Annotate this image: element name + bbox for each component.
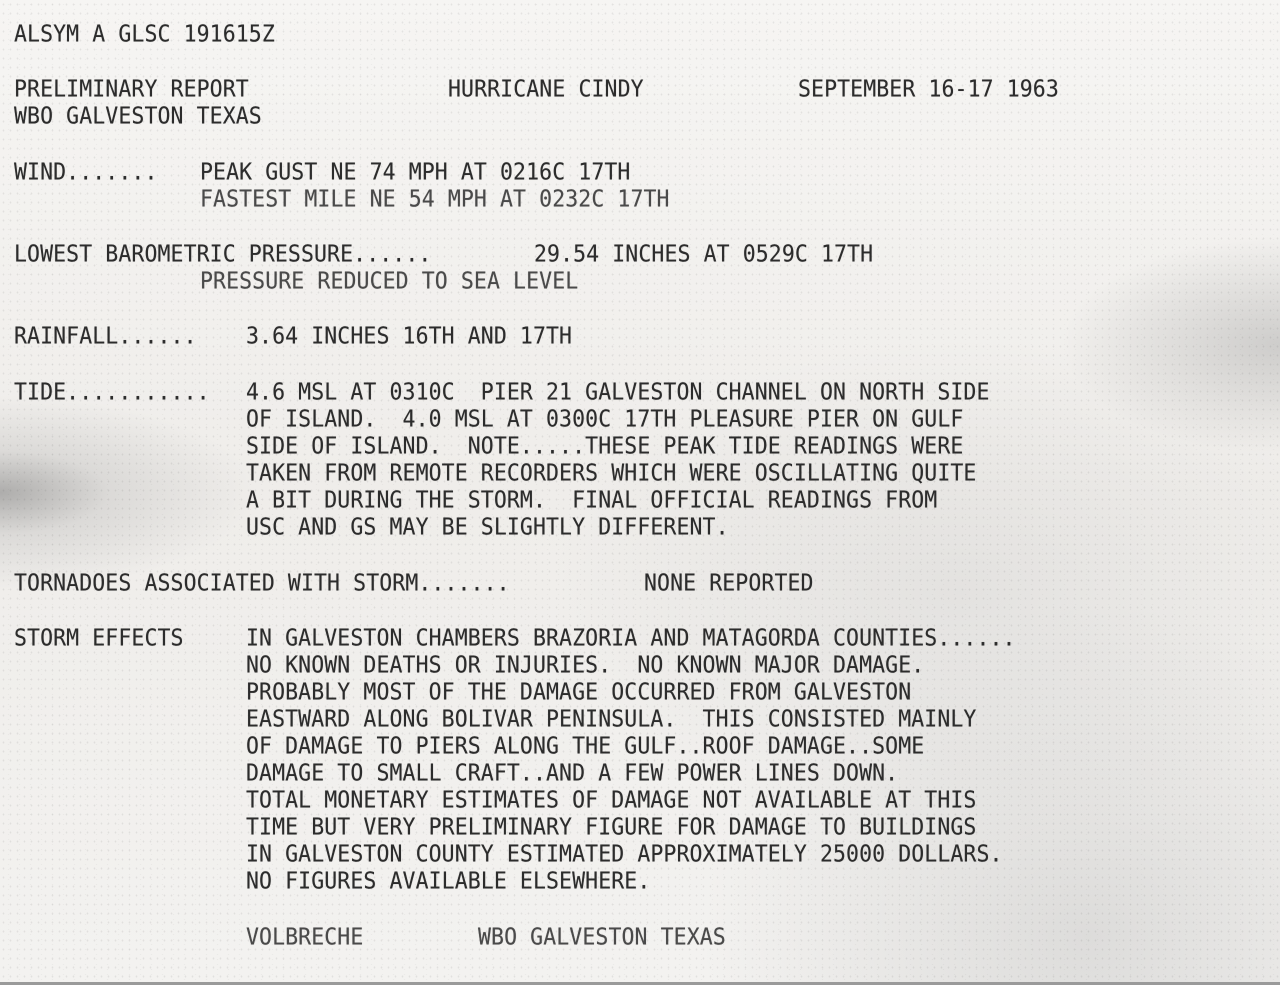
signature-name: VOLBRECHE	[246, 923, 363, 952]
tide-line: 4.6 MSL AT 0310C PIER 21 GALVESTON CHANN…	[246, 378, 990, 407]
storm-effects-line: NO FIGURES AVAILABLE ELSEWHERE.	[246, 867, 650, 896]
tide-line: TAKEN FROM REMOTE RECORDERS WHICH WERE O…	[246, 459, 976, 488]
storm-effects-line: IN GALVESTON COUNTY ESTIMATED APPROXIMAT…	[246, 840, 1003, 869]
storm-effects-line: PROBABLY MOST OF THE DAMAGE OCCURRED FRO…	[246, 678, 911, 707]
rainfall-line: 3.64 INCHES 16TH AND 17TH	[246, 322, 572, 351]
tide-line: USC AND GS MAY BE SLIGHTLY DIFFERENT.	[246, 513, 729, 542]
storm-effects-line: DAMAGE TO SMALL CRAFT..AND A FEW POWER L…	[246, 759, 898, 788]
tide-line: SIDE OF ISLAND. NOTE.....THESE PEAK TIDE…	[246, 432, 963, 461]
storm-effects-label: STORM EFFECTS	[14, 624, 197, 653]
signature-office: WBO GALVESTON TEXAS	[478, 923, 726, 952]
routing-line: ALSYM A GLSC 191615Z	[14, 20, 275, 49]
storm-name: HURRICANE CINDY	[448, 75, 644, 104]
tornadoes-line: NONE REPORTED	[644, 569, 814, 598]
pressure-label: LOWEST BAROMETRIC PRESSURE......	[14, 240, 431, 269]
wind-line: FASTEST MILE NE 54 MPH AT 0232C 17TH	[200, 185, 670, 214]
storm-effects-line: TIME BUT VERY PRELIMINARY FIGURE FOR DAM…	[246, 813, 976, 842]
pressure-line: PRESSURE REDUCED TO SEA LEVEL	[200, 267, 578, 296]
wind-label: WIND.......	[14, 158, 158, 187]
storm-effects-line: TOTAL MONETARY ESTIMATES OF DAMAGE NOT A…	[246, 786, 976, 815]
storm-effects-line: OF DAMAGE TO PIERS ALONG THE GULF..ROOF …	[246, 732, 924, 761]
tide-line: A BIT DURING THE STORM. FINAL OFFICIAL R…	[246, 486, 937, 515]
tornadoes-label: TORNADOES ASSOCIATED WITH STORM.......	[14, 569, 510, 598]
rainfall-label: RAINFALL......	[14, 322, 197, 351]
storm-effects-line: IN GALVESTON CHAMBERS BRAZORIA AND MATAG…	[246, 624, 1016, 653]
issuing-office: WBO GALVESTON TEXAS	[14, 102, 262, 131]
pressure-line: 29.54 INCHES AT 0529C 17TH	[534, 240, 873, 269]
report-dates: SEPTEMBER 16-17 1963	[798, 75, 1059, 104]
wind-line: PEAK GUST NE 74 MPH AT 0216C 17TH	[200, 158, 630, 187]
storm-effects-line: EASTWARD ALONG BOLIVAR PENINSULA. THIS C…	[246, 705, 976, 734]
report-type: PRELIMINARY REPORT	[14, 75, 249, 104]
storm-effects-line: NO KNOWN DEATHS OR INJURIES. NO KNOWN MA…	[246, 651, 924, 680]
tide-label: TIDE...........	[14, 378, 210, 407]
tide-line: OF ISLAND. 4.0 MSL AT 0300C 17TH PLEASUR…	[246, 405, 963, 434]
scanned-document-page: ALSYM A GLSC 191615Z PRELIMINARY REPORT …	[0, 0, 1280, 985]
